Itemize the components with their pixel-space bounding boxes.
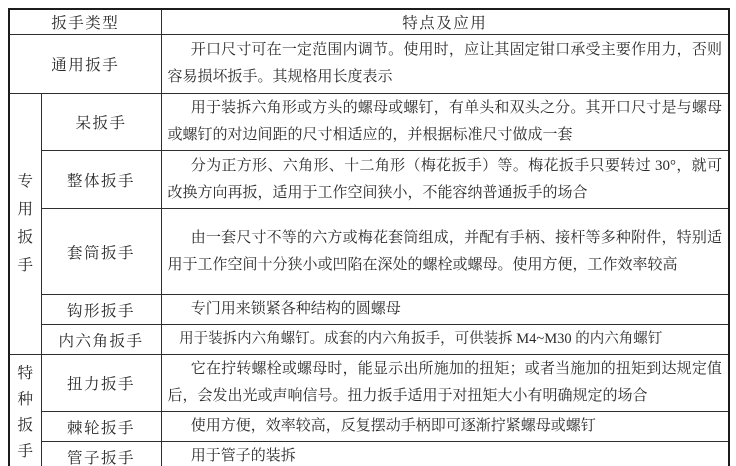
wrench-desc-hex-key: 用于装拆内六角螺钉。成套的内六角扳手，可供装拆 M4~M30 的内六角螺钉: [161, 325, 729, 355]
header-wrench-type: 扳手类型: [9, 9, 161, 35]
wrench-desc-ratchet: 使用方便，效率较高，反复摆动手柄即可逐渐拧紧螺母或螺钉: [161, 412, 729, 442]
table-row-socket-wrench: 套筒扳手 由一套尺寸不等的六方或梅花套筒组成，并配有手柄、接杆等多种附件，特别适…: [9, 209, 729, 295]
wrench-type-open-end: 呆扳手: [41, 94, 161, 151]
table-row-pipe-wrench: 管子扳手 用于管子的装拆: [9, 442, 729, 466]
wrench-desc-socket: 由一套尺寸不等的六方或梅花套筒组成，并配有手柄、接杆等多种附件，特别适用于工作空…: [161, 209, 729, 295]
table-row-box-wrench: 整体扳手 分为正方形、六角形、十二角形（梅花扳手）等。梅花扳手只要转过 30°，…: [9, 151, 729, 209]
table-row-torque-wrench: 特种扳手 扭力扳手 它在拧转螺栓或螺母时，能显示出所施加的扭矩；或者当施加的扭矩…: [9, 355, 729, 412]
table-row-open-end-wrench: 专用扳手 呆扳手 用于装拆六角形或方头的螺母或螺钉，有单头和双头之分。其开口尺寸…: [9, 94, 729, 151]
wrench-type-hook: 钩形扳手: [41, 295, 161, 325]
wrench-types-table: 扳手类型 特点及应用 通用扳手 开口尺寸可在一定范围内调节。使用时，应让其固定钳…: [8, 8, 730, 466]
wrench-type-box: 整体扳手: [41, 151, 161, 209]
table-row-general-wrench: 通用扳手 开口尺寸可在一定范围内调节。使用时，应让其固定钳口承受主要作用力，否则…: [9, 35, 729, 94]
wrench-desc-pipe: 用于管子的装拆: [161, 442, 729, 466]
group-label-special-kind: 特种扳手: [17, 361, 34, 465]
table-header-row: 扳手类型 特点及应用: [9, 9, 729, 35]
wrench-desc-torque: 它在拧转螺栓或螺母时，能显示出所施加的扭矩；或者当施加的扭矩到达规定值后，会发出…: [161, 355, 729, 412]
wrench-type-hex-key: 内六角扳手: [41, 325, 161, 355]
table-row-ratchet-wrench: 棘轮扳手 使用方便，效率较高，反复摆动手柄即可逐渐拧紧螺母或螺钉: [9, 412, 729, 442]
group-special-kind-wrench: 特种扳手: [9, 355, 41, 466]
wrench-type-socket: 套筒扳手: [41, 209, 161, 295]
header-features-applications: 特点及应用: [161, 9, 729, 35]
table-row-hook-wrench: 钩形扳手 专门用来锁紧各种结构的圆螺母: [9, 295, 729, 325]
wrench-desc-open-end: 用于装拆六角形或方头的螺母或螺钉，有单头和双头之分。其开口尺寸是与螺母或螺钉的对…: [161, 94, 729, 151]
wrench-desc-general: 开口尺寸可在一定范围内调节。使用时，应让其固定钳口承受主要作用力，否则容易损坏扳…: [161, 35, 729, 94]
wrench-type-pipe: 管子扳手: [41, 442, 161, 466]
wrench-type-general: 通用扳手: [9, 35, 161, 94]
wrench-type-torque: 扭力扳手: [41, 355, 161, 412]
document-page: 扳手类型 特点及应用 通用扳手 开口尺寸可在一定范围内调节。使用时，应让其固定钳…: [0, 0, 736, 466]
wrench-type-ratchet: 棘轮扳手: [41, 412, 161, 442]
wrench-desc-hook: 专门用来锁紧各种结构的圆螺母: [161, 295, 729, 325]
table-row-hex-key-wrench: 内六角扳手 用于装拆内六角螺钉。成套的内六角扳手，可供装拆 M4~M30 的内六…: [9, 325, 729, 355]
group-special-purpose-wrench: 专用扳手: [9, 94, 41, 355]
wrench-desc-box: 分为正方形、六角形、十二角形（梅花扳手）等。梅花扳手只要转过 30°，就可改换方…: [161, 151, 729, 209]
group-label-special-purpose: 专用扳手: [17, 168, 34, 280]
